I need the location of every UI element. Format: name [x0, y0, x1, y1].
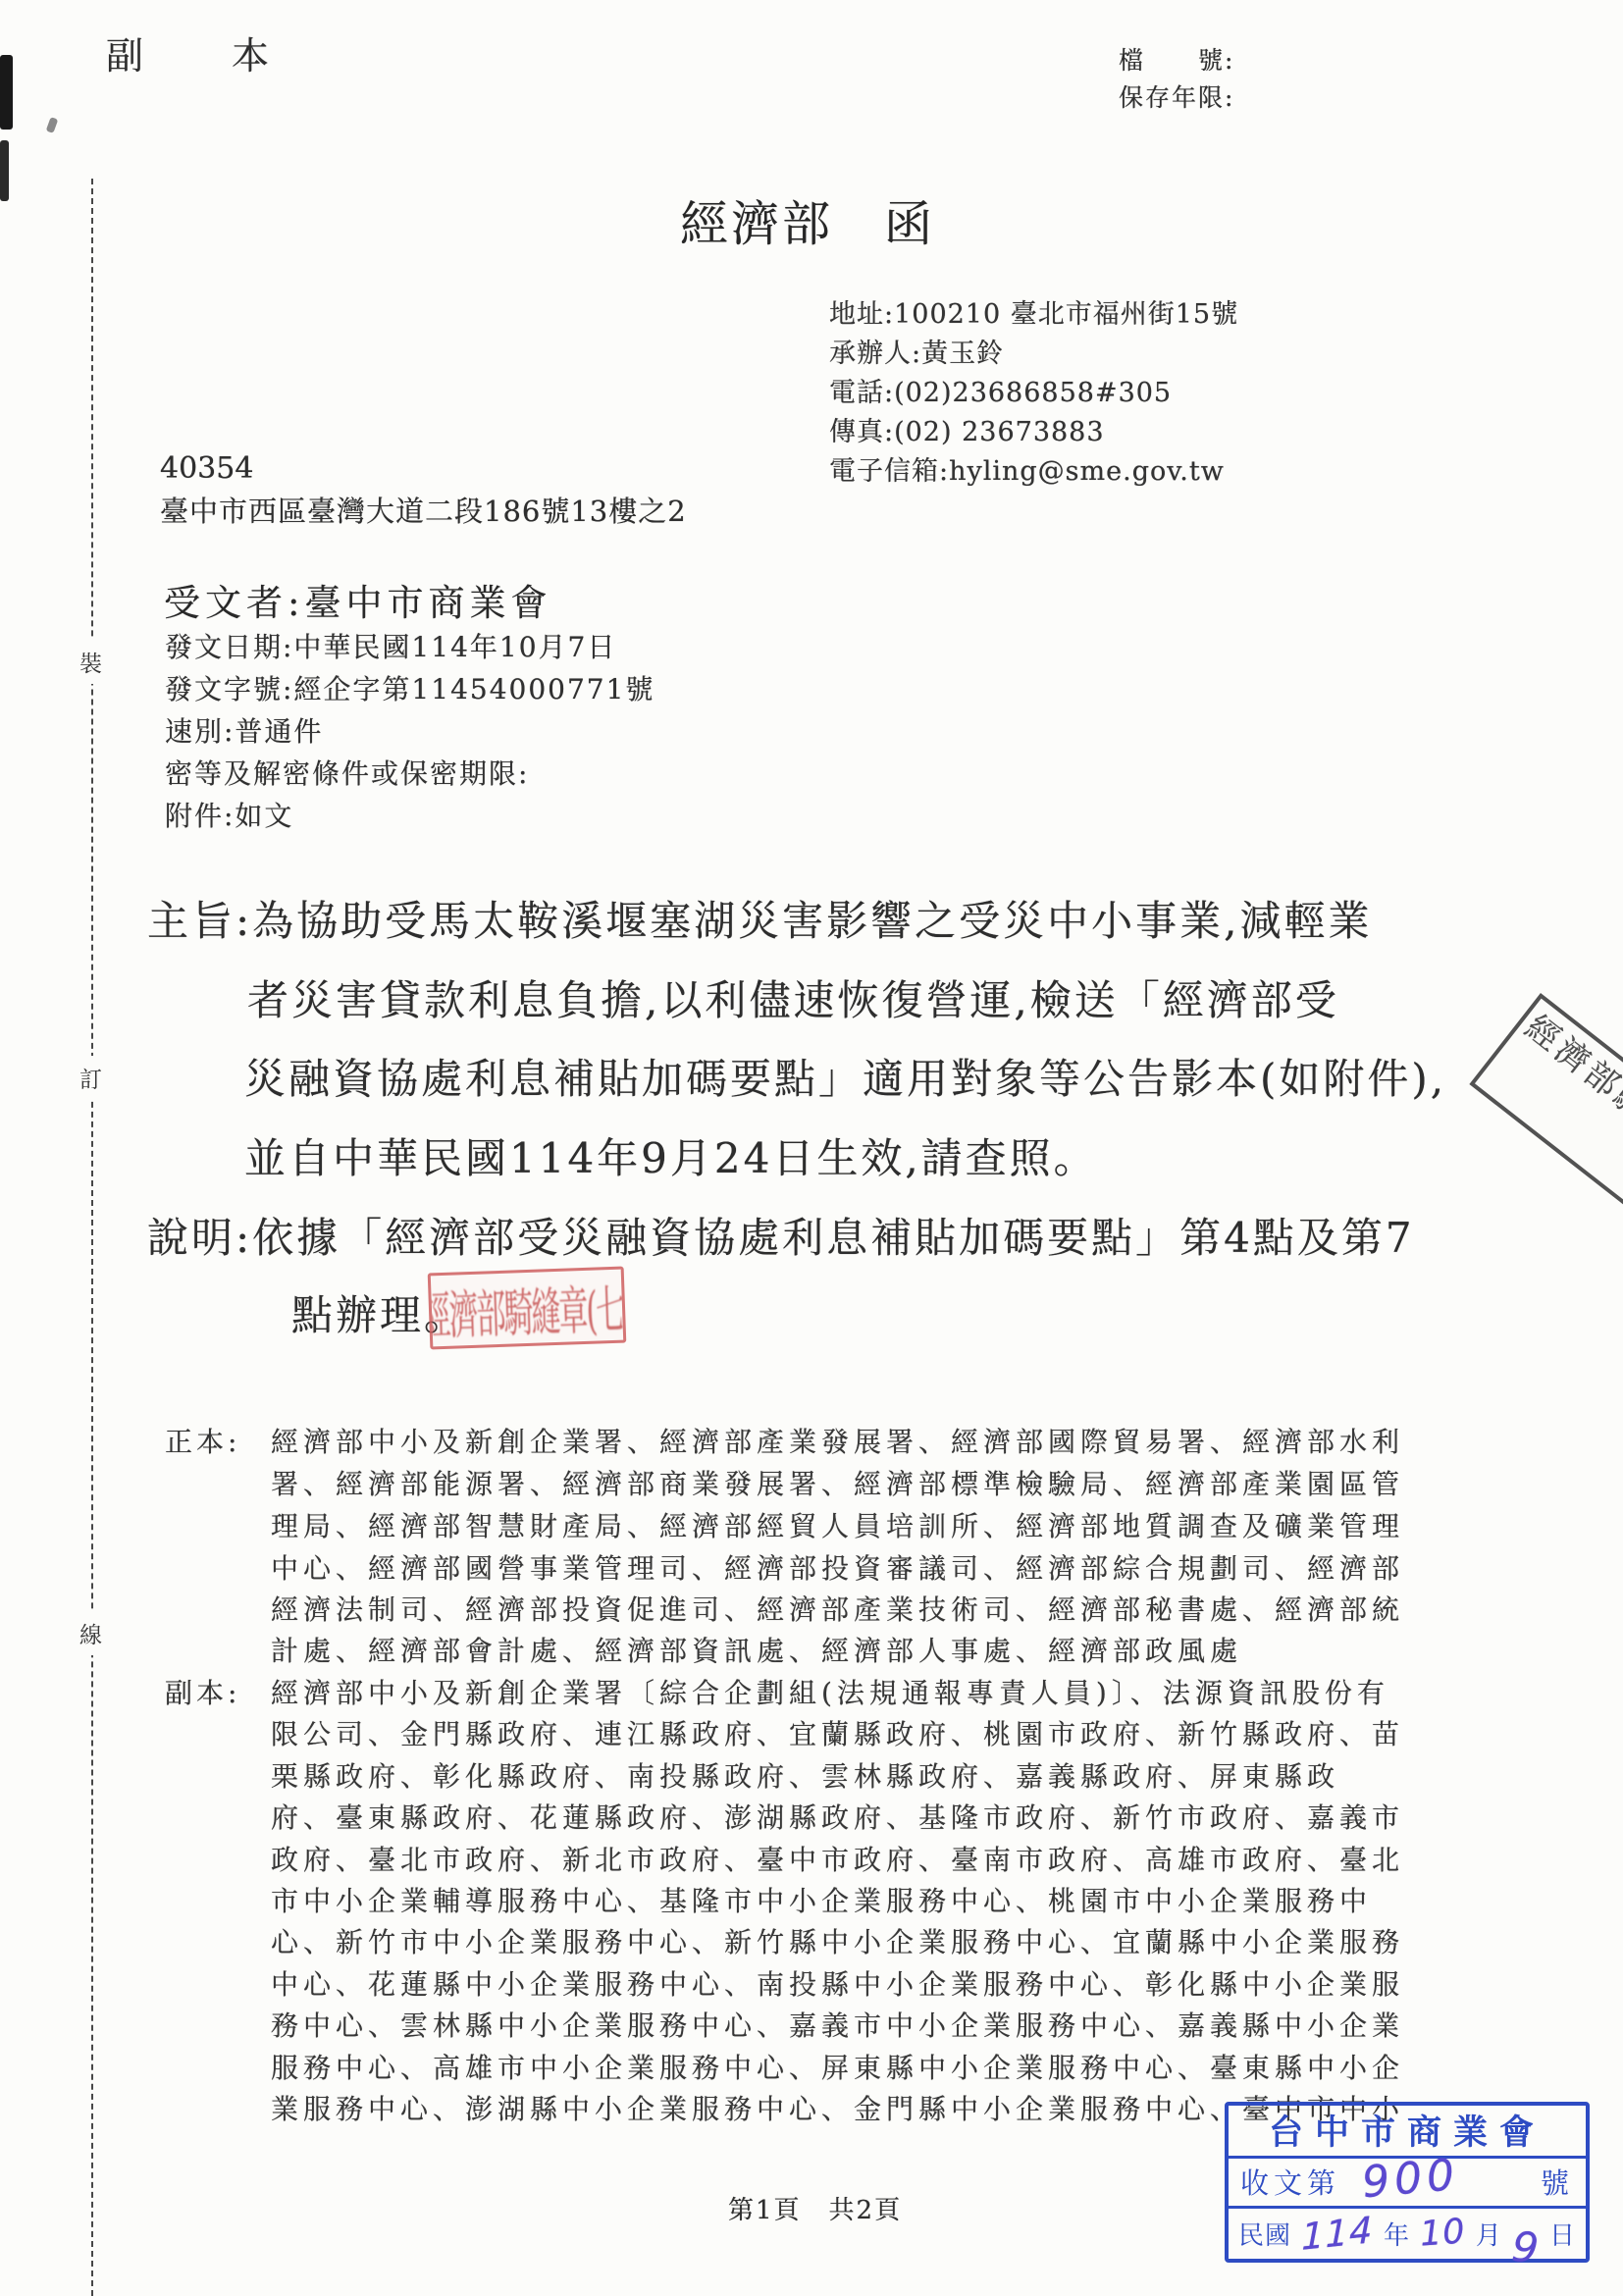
subject-line: 災融資協處利息補貼加碼要點」適用對象等公告影本(如附件),	[244, 1047, 1446, 1106]
file-number-label: 檔 號:	[1119, 41, 1234, 77]
receipt-prefix: 收文第	[1240, 2162, 1340, 2202]
scan-artifact	[46, 117, 59, 133]
cc-copy-label: 副本:	[165, 1672, 240, 1711]
cc-copy-line: 心、新竹市中小企業服務中心、新竹縣中小企業服務中心、宜蘭縣中小企業服務	[271, 1921, 1404, 1960]
copy-type-label: 副 本	[106, 26, 294, 79]
edge-seal-text: 經濟部騎縫章	[1517, 1008, 1623, 1176]
received-stamp: 台中市商業會 收文第 900 號 民國 114 年 10 月 9 日	[1225, 2102, 1590, 2263]
cc-copy-line: 府、臺東縣政府、花蓮縣政府、澎湖縣政府、基隆市政府、新竹市政府、嘉義市	[271, 1797, 1404, 1836]
year-unit: 年	[1384, 2216, 1410, 2252]
cc-copy-line: 務中心、雲林縣中小企業服務中心、嘉義市中小企業服務中心、嘉義縣中小企業	[271, 2005, 1404, 2044]
binding-char-ding: 訂	[79, 1056, 102, 1100]
handwritten-month: 10	[1419, 2213, 1467, 2255]
cc-copy-line: 市中小企業輔導服務中心、基隆市中小企業服務中心、桃園市中小企業服務中	[271, 1880, 1372, 1919]
scan-artifact	[0, 140, 9, 201]
handwritten-year: 114	[1301, 2209, 1373, 2259]
scanned-letter-page: { "page": { "copy_label": "副 本", "file_n…	[0, 0, 1623, 2296]
red-seal-stamp: 經濟部騎縫章(七)	[428, 1267, 627, 1350]
main-copy-line: 經濟部中小及新創企業署、經濟部產業發展署、經濟部國際貿易署、經濟部水利	[271, 1421, 1404, 1460]
main-copy-line: 計處、經濟部會計處、經濟部資訊處、經濟部人事處、經濟部政風處	[271, 1630, 1242, 1669]
cc-copy-line: 經濟部中小及新創企業署〔綜合企劃組(法規通報專責人員)〕、法源資訊股份有	[271, 1672, 1389, 1711]
received-stamp-date-row: 民國 114 年 10 月 9 日	[1229, 2209, 1586, 2260]
receipt-suffix: 號	[1541, 2162, 1574, 2202]
sender-fax: 傳真:(02) 23673883	[829, 410, 1105, 448]
retention-period-label: 保存年限:	[1119, 78, 1234, 114]
binding-char-zhuang: 裝	[79, 640, 102, 684]
subject-line: 並自中華民國114年9月24日生效,請查照。	[244, 1126, 1098, 1185]
page-number: 第1頁 共2頁	[728, 2190, 902, 2226]
edge-seal-stamp: 經濟部騎縫章	[1469, 993, 1623, 1224]
explanation-line: 說明:依據「經濟部受災融資協處利息補貼加碼要點」第4點及第7	[147, 1206, 1415, 1265]
sender-contact-person: 承辦人:黃玉鈴	[829, 332, 1004, 370]
cc-copy-line: 中心、花蓮縣中小企業服務中心、南投縣中小企業服務中心、彰化縣中小企業服	[271, 1963, 1404, 2003]
recipient-line: 受文者:臺中市商業會	[164, 573, 551, 626]
main-copy-line: 中心、經濟部國營事業管理司、經濟部投資審議司、經濟部綜合規劃司、經濟部	[271, 1547, 1404, 1587]
cc-copy-line: 限公司、金門縣政府、連江縣政府、宜蘭縣政府、桃園市政府、新竹縣政府、苗	[271, 1713, 1404, 1752]
red-seal-text: 經濟部騎縫章(七)	[428, 1267, 627, 1349]
binding-dashed-line	[91, 179, 93, 2296]
recipient-address: 臺中市西區臺灣大道二段186號13樓之2	[160, 490, 687, 530]
handwritten-receipt-number: 900	[1360, 2150, 1461, 2208]
main-copy-label: 正本:	[165, 1421, 240, 1460]
day-unit: 日	[1549, 2216, 1576, 2252]
binding-char-xian: 線	[79, 1611, 102, 1655]
cc-copy-line: 栗縣政府、彰化縣政府、南投縣政府、雲林縣政府、嘉義縣政府、屏東縣政	[271, 1755, 1339, 1795]
sender-email: 電子信箱:hyling@sme.gov.tw	[829, 449, 1225, 488]
document-title: 經濟部 函	[680, 186, 935, 255]
issue-date: 發文日期:中華民國114年10月7日	[165, 626, 616, 665]
subject-line: 主旨:為協助受馬太鞍溪堰塞湖災害影響之受災中小事業,減輕業	[147, 889, 1373, 948]
cc-copy-line: 服務中心、高雄市中小企業服務中心、屏東縣中小企業服務中心、臺東縣中小企	[271, 2047, 1404, 2086]
sender-address: 地址:100210 臺北市福州街15號	[829, 292, 1238, 331]
scan-artifact	[0, 55, 13, 130]
subject-line: 者災害貸款利息負擔,以利儘速恢復營運,檢送「經濟部受	[247, 968, 1339, 1027]
cc-copy-line: 政府、臺北市政府、新北市政府、臺中市政府、臺南市政府、高雄市政府、臺北	[271, 1839, 1404, 1878]
main-copy-line: 理局、經濟部智慧財產局、經濟部經貿人員培訓所、經濟部地質調查及礦業管理	[271, 1505, 1404, 1544]
received-stamp-org: 台中市商業會	[1229, 2106, 1586, 2159]
received-stamp-number-row: 收文第 900 號	[1229, 2159, 1586, 2209]
security-classification: 密等及解密條件或保密期限:	[165, 753, 529, 792]
recipient-zip: 40354	[160, 451, 253, 486]
era-label: 民國	[1238, 2216, 1291, 2252]
handwritten-day: 9	[1510, 2221, 1543, 2272]
priority: 速別:普通件	[165, 710, 323, 750]
main-copy-line: 經濟法制司、經濟部投資促進司、經濟部產業技術司、經濟部秘書處、經濟部統	[271, 1589, 1404, 1628]
month-unit: 月	[1476, 2216, 1502, 2252]
main-copy-line: 署、經濟部能源署、經濟部商業發展署、經濟部標準檢驗局、經濟部產業園區管	[271, 1463, 1404, 1502]
attachment-note: 附件:如文	[165, 795, 293, 834]
sender-phone: 電話:(02)23686858#305	[829, 371, 1172, 409]
document-number: 發文字號:經企字第11454000771號	[165, 668, 654, 707]
